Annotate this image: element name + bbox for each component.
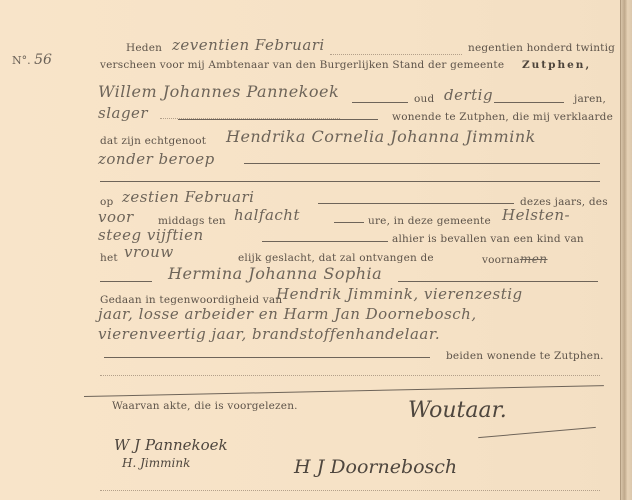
rule (262, 241, 388, 242)
rule (352, 102, 408, 103)
rule (178, 119, 378, 120)
text-spouse: dat zijn echtgenoot (100, 135, 206, 147)
rule (398, 281, 598, 282)
hand-sex: vrouw (124, 243, 174, 261)
text-oud: oud (414, 93, 434, 105)
text-op: op (100, 196, 113, 208)
text-voorna: voorna (482, 254, 520, 266)
struck-men: men (520, 252, 548, 266)
text-bevallen: alhier is bevallen van een kind van (392, 233, 584, 245)
dotted-line (100, 490, 600, 491)
hand-witness2-details: vierenveertig jaar, brandstoffenhandelaa… (98, 325, 440, 343)
text-beiden-wonende: beiden wonende te Zutphen. (446, 350, 604, 362)
hand-witness-details: jaar, losse arbeider en Harm Jan Doorneb… (98, 305, 477, 323)
rule (494, 102, 564, 103)
text-heden: Heden (126, 42, 162, 54)
rule (100, 281, 152, 282)
hand-mother-occupation: zonder beroep (98, 150, 215, 168)
hand-child-name: Hermina Johanna Sophia (168, 264, 382, 283)
text-year: negentien honderd twintig (468, 42, 615, 54)
rule (318, 203, 514, 204)
signature-father: W J Pannekoek (114, 436, 228, 454)
hand-father-occupation: slager (98, 104, 148, 122)
text-geslacht: elijk geslacht, dat zal ontvangen de (238, 252, 434, 264)
rule (104, 357, 430, 358)
hand-street-number: steeg vijftien (98, 226, 204, 244)
dotted-line (330, 54, 462, 55)
municipality: Zutphen, (522, 59, 591, 71)
signature-witness1: H. Jimmink (122, 456, 190, 470)
text-voornamen: voornamen (482, 252, 548, 266)
text-appeared: verscheen voor mij Ambtenaar van den Bur… (100, 59, 504, 71)
text-residence: wonende te Zutphen, die mij verklaarde (392, 111, 613, 123)
hand-mother-name: Hendrika Cornelia Johanna Jimmink (226, 127, 536, 146)
hand-birth-date: zestien Februari (122, 188, 254, 206)
rule (334, 222, 364, 223)
serial-number: N°. 56 (12, 52, 52, 68)
hand-father-name: Willem Johannes Pannekoek (98, 82, 339, 101)
hand-witness1: Hendrik Jimmink, vierenzestig (276, 285, 523, 303)
signature-registrar: Woutaar. (408, 398, 507, 423)
municipality-name: Zutphen, (522, 59, 591, 71)
serial-label: N°. (12, 54, 31, 67)
rule (100, 181, 600, 182)
text-closing: Waarvan akte, die is voorgelezen. (112, 400, 298, 412)
document-page (0, 0, 620, 500)
hand-father-age-text: dertig (444, 86, 493, 104)
hand-street: Helsten- (502, 206, 570, 224)
hand-voor: voor (98, 208, 134, 226)
dotted-line (100, 375, 600, 376)
text-het: het (100, 252, 118, 264)
text-jaren: jaren, (574, 93, 606, 105)
book-spine-edge (620, 0, 632, 500)
serial-value: 56 (34, 52, 52, 68)
signature-witness2: H J Doornebosch (294, 456, 457, 478)
hand-date-declaration: zeventien Februari (172, 36, 325, 54)
rule (244, 163, 600, 164)
hand-birth-time: halfacht (234, 206, 300, 224)
text-ure: ure, in deze gemeente (368, 215, 491, 227)
